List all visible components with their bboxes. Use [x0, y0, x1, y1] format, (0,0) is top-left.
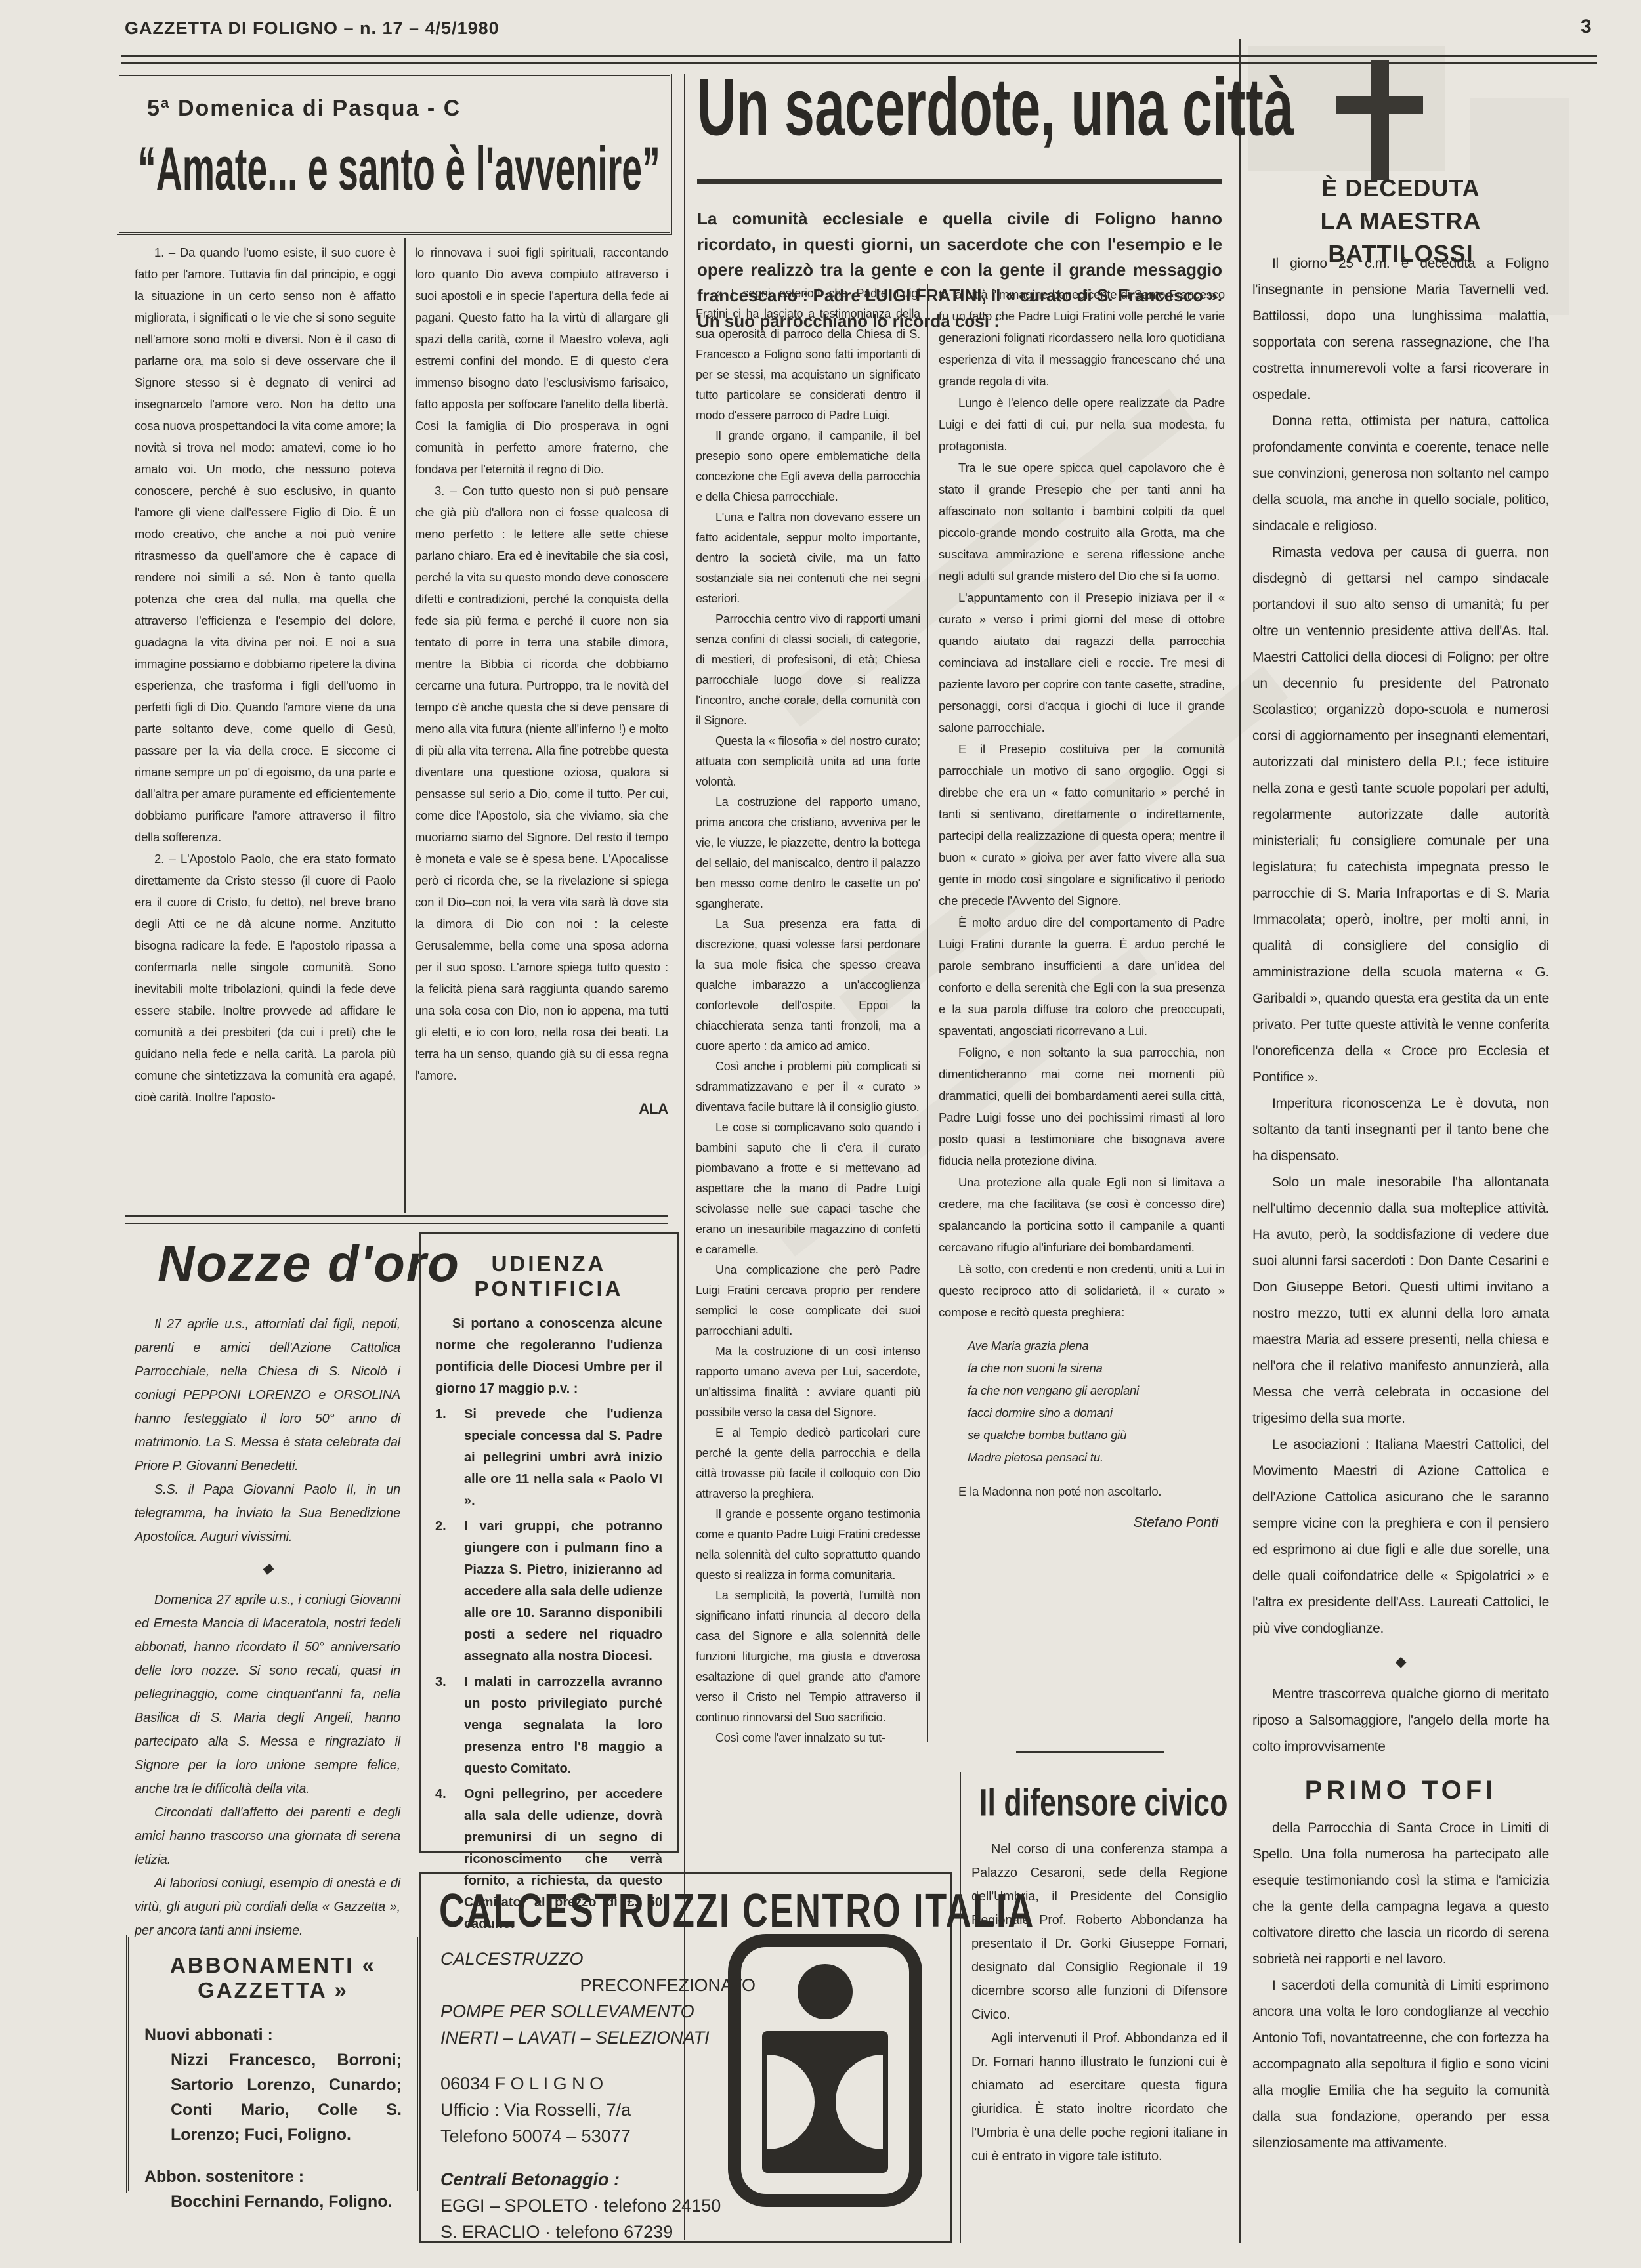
- paragraph: I sacerdoti della comunità di Limiti esp…: [1252, 1973, 1549, 2156]
- paragraph: fa che non vengano gli aeroplani: [968, 1379, 1225, 1402]
- obituary-column: Il giorno 25 c.m. è deceduta a Foligno l…: [1252, 251, 1549, 2156]
- paragraph: Ave Maria grazia plena: [968, 1335, 1225, 1357]
- ad-line3: POMPE PER SOLLEVAMENTO: [440, 1998, 756, 2025]
- column-divider: [1239, 39, 1241, 2243]
- udienza-intro-text: Si portano a conoscenza alcune norme che…: [435, 1313, 662, 1400]
- difensore-heading-wrap: Il difensore civico: [979, 1780, 1290, 1822]
- paragraph: facci dormire sino a domani: [968, 1402, 1225, 1424]
- ad-plant2: S. ERACLIO · telefono 67239: [440, 2219, 756, 2245]
- paragraph: Così come l'aver innalzato su tut-: [696, 1728, 920, 1748]
- paragraph: E al Tempio dedicò particolari cure perc…: [696, 1423, 920, 1504]
- paragraph: L'una e l'altra non dovevano essere un f…: [696, 507, 920, 609]
- left-article-box: 5ª Domenica di Pasqua - C “Amate... e sa…: [117, 73, 672, 235]
- paragraph: La Sua presenza era fatta di discrezione…: [696, 914, 920, 1057]
- center-col1: « I segni esteriori che Padre Luigi Frat…: [696, 283, 920, 1748]
- paragraph: Rimasta vedova per causa di guerra, non …: [1252, 539, 1549, 1091]
- abbonamenti-title: ABBONAMENTI « GAZZETTA »: [129, 1953, 417, 2003]
- paragraph: Il giorno 25 c.m. è deceduta a Foligno l…: [1252, 251, 1549, 408]
- paragraph: 2. – L'Apostolo Paolo, che era stato for…: [135, 848, 396, 1108]
- paragraph: Domenica 27 aprile u.s., i coniugi Giova…: [135, 1588, 400, 1801]
- left-article-kicker: 5ª Domenica di Pasqua - C: [147, 96, 670, 121]
- udienza-title: UDIENZA PONTIFICIA: [421, 1251, 677, 1301]
- nozze-column: Il 27 aprile u.s., attorniati dai figli,…: [135, 1312, 400, 1942]
- paragraph: Ai laboriosi coniugi, esempio di onestà …: [135, 1872, 400, 1942]
- primo-tofi-text: della Parrocchia di Santa Croce in Limit…: [1252, 1815, 1549, 2156]
- paragraph: Questa la « filosofia » del nostro curat…: [696, 731, 920, 792]
- paragraph: È molto arduo dire del comportamento di …: [939, 912, 1225, 1041]
- newspaper-page: GAZZETTA DI FOLIGNO – n. 17 – 4/5/1980 3…: [0, 0, 1641, 2268]
- paragraph: Imperitura riconoscenza Le è dovuta, non…: [1252, 1091, 1549, 1169]
- paragraph: E il Presepio costituiva per la comunità…: [939, 738, 1225, 912]
- primo-tofi-heading: PRIMO TOFI: [1252, 1777, 1549, 1803]
- left-article-divider: [404, 238, 406, 1213]
- center-divider: [927, 283, 928, 1742]
- paragraph: della Parrocchia di Santa Croce in Limit…: [1252, 1815, 1549, 1973]
- center-closing: E la Madonna non poté non ascoltarlo.: [939, 1480, 1225, 1502]
- udienza-box: UDIENZA PONTIFICIA Si portano a conoscen…: [419, 1232, 679, 1853]
- center-col2-text: ta la città l'immagine benedicente di Sa…: [939, 283, 1225, 1323]
- paragraph: La costruzione del rapporto umano, prima…: [696, 792, 920, 914]
- paragraph: Donna retta, ottimista per natura, catto…: [1252, 408, 1549, 539]
- left-article-headline: “Amate... e santo è l'avvenire”: [138, 133, 660, 205]
- paragraph: Tra le sue opere spicca quel capolavoro …: [939, 457, 1225, 587]
- center-headline-rule: [697, 178, 1222, 184]
- paragraph: Ma la costruzione di un così intenso rap…: [696, 1341, 920, 1423]
- diamond-separator-icon: ◆: [1252, 1642, 1549, 1681]
- paragraph: Una complicazione che però Padre Luigi F…: [696, 1260, 920, 1341]
- center-signature: Stefano Ponti: [939, 1511, 1225, 1533]
- paragraph: lo rinnovava i suoi figli spirituali, ra…: [415, 241, 668, 480]
- ad-plant1: EGGI – SPOLETO · telefono 24150: [440, 2193, 756, 2219]
- obituary-bridge: Mentre trascorreva qualche giorno di mer…: [1252, 1681, 1549, 1760]
- paragraph: se qualche bomba buttano giù: [968, 1424, 1225, 1446]
- nozze-heading: Nozze d'oro: [158, 1234, 460, 1293]
- paragraph: fa che non suoni la sirena: [968, 1357, 1225, 1379]
- paragraph: 3. – Con tutto questo non si può pensare…: [415, 480, 668, 1086]
- paragraph: Le cose si complicavano solo quando i ba…: [696, 1118, 920, 1260]
- difensore-column: Nel corso di una conferenza stampa a Pal…: [971, 1837, 1227, 2168]
- ad-text-block: CALCESTRUZZO PRECONFEZIONATO POMPE PER S…: [440, 1946, 756, 2245]
- paragraph: Lungo è l'elenco delle opere realizzate …: [939, 392, 1225, 457]
- abbonamenti-label-sost: Abbon. sostenitore :: [129, 2164, 417, 2189]
- abbonamenti-label-new: Nuovi abbonati :: [129, 2023, 417, 2047]
- paragraph: S.S. il Papa Giovanni Paolo II, in un te…: [135, 1478, 400, 1549]
- left-article-col1: 1. – Da quando l'uomo esiste, il suo cuo…: [135, 241, 396, 1108]
- paragraph: Nel corso di una conferenza stampa a Pal…: [971, 1837, 1227, 2026]
- masthead: GAZZETTA DI FOLIGNO – n. 17 – 4/5/1980: [125, 18, 500, 39]
- center-end-rule: [1016, 1751, 1164, 1753]
- paragraph: Parrocchia centro vivo di rapporti umani…: [696, 609, 920, 731]
- ad-line4: INERTI – LAVATI – SELEZIONATI: [440, 2025, 756, 2051]
- udienza-list: Si prevede che l'udienza speciale conces…: [421, 1404, 677, 1935]
- ad-plants-label: Centrali Betonaggio :: [440, 2166, 756, 2193]
- paragraph: I vari gruppi, che potranno giungere con…: [435, 1516, 662, 1668]
- paragraph: Foligno, e non soltanto la sua parrocchi…: [939, 1041, 1225, 1171]
- page-number: 3: [1581, 16, 1592, 38]
- abbonamenti-names-sost: Bocchini Fernando, Foligno.: [129, 2189, 417, 2214]
- left-article-signature: ALA: [415, 1098, 668, 1120]
- abbonamenti-box: ABBONAMENTI « GAZZETTA » Nuovi abbonati …: [126, 1935, 420, 2193]
- ad-cap-city: 06034 F O L I G N O: [440, 2070, 756, 2097]
- paragraph: « I segni esteriori che Padre Luigi Frat…: [696, 283, 920, 426]
- paragraph: Le asociazioni : Italiana Maestri Cattol…: [1252, 1432, 1549, 1642]
- obituary-text: Il giorno 25 c.m. è deceduta a Foligno l…: [1252, 251, 1549, 1642]
- paragraph: L'appuntamento con il Presepio iniziava …: [939, 587, 1225, 738]
- paragraph: Il 27 aprile u.s., attorniati dai figli,…: [135, 1312, 400, 1478]
- paragraph: La semplicità, la povertà, l'umiltà non …: [696, 1585, 920, 1728]
- ad-line1: CALCESTRUZZO: [440, 1946, 756, 1972]
- paragraph: Madre pietosa pensaci tu.: [968, 1446, 1225, 1469]
- ad-headline: CALCESTRUZZI CENTRO ITALIA: [439, 1883, 1035, 1938]
- paragraph: Agli intervenuti il Prof. Abbondanza ed …: [971, 2026, 1227, 2168]
- paragraph: Là sotto, con credenti e non credenti, u…: [939, 1258, 1225, 1323]
- left-article-col2-text: lo rinnovava i suoi figli spirituali, ra…: [415, 241, 668, 1086]
- center-col2: ta la città l'immagine benedicente di Sa…: [939, 283, 1225, 1533]
- obituary-headline-line1: È DECEDUTA: [1250, 172, 1551, 205]
- paragraph: Una protezione alla quale Egli non si li…: [939, 1171, 1225, 1258]
- prayer-poem: Ave Maria grazia plenafa che non suoni l…: [968, 1335, 1225, 1469]
- center-headline: Un sacerdote, una città: [697, 60, 1294, 154]
- paragraph: ta la città l'immagine benedicente di Sa…: [939, 283, 1225, 392]
- paragraph: Così anche i problemi più complicati si …: [696, 1057, 920, 1118]
- paragraph: 1. – Da quando l'uomo esiste, il suo cuo…: [135, 241, 396, 848]
- paragraph: Circondati dall'affetto dei parenti e de…: [135, 1801, 400, 1872]
- difensore-heading: Il difensore civico: [979, 1780, 1227, 1824]
- diamond-separator-icon: ◆: [135, 1549, 400, 1588]
- left-article-bottom-rule: [125, 1215, 668, 1224]
- nozze-part2: Domenica 27 aprile u.s., i coniugi Giova…: [135, 1588, 400, 1942]
- left-article-col2: lo rinnovava i suoi figli spirituali, ra…: [415, 241, 668, 1120]
- paragraph: I malati in carrozzella avranno un posto…: [435, 1671, 662, 1780]
- ad-office: Ufficio : Via Rosselli, 7/a: [440, 2097, 756, 2123]
- calcestruzzi-logo: [727, 1933, 924, 2208]
- difensore-left-rule: [960, 1772, 961, 2243]
- abbonamenti-names-new: Nizzi Francesco, Borroni; Sartorio Loren…: [129, 2047, 417, 2147]
- paragraph: Il grande e possente organo testimonia c…: [696, 1504, 920, 1585]
- nozze-part1: Il 27 aprile u.s., attorniati dai figli,…: [135, 1312, 400, 1549]
- paragraph: Il grande organo, il campanile, il bel p…: [696, 426, 920, 507]
- udienza-intro: Si portano a conoscenza alcune norme che…: [421, 1313, 677, 1400]
- ad-phone: Telefono 50074 – 53077: [440, 2123, 756, 2149]
- paragraph: Solo un male inesorabile l'ha allontanat…: [1252, 1169, 1549, 1432]
- paragraph: Si prevede che l'udienza speciale conces…: [435, 1404, 662, 1512]
- ad-line2: PRECONFEZIONATO: [440, 1972, 756, 1998]
- calcestruzzi-ad-box: CALCESTRUZZI CENTRO ITALIA CALCESTRUZZO …: [419, 1872, 952, 2243]
